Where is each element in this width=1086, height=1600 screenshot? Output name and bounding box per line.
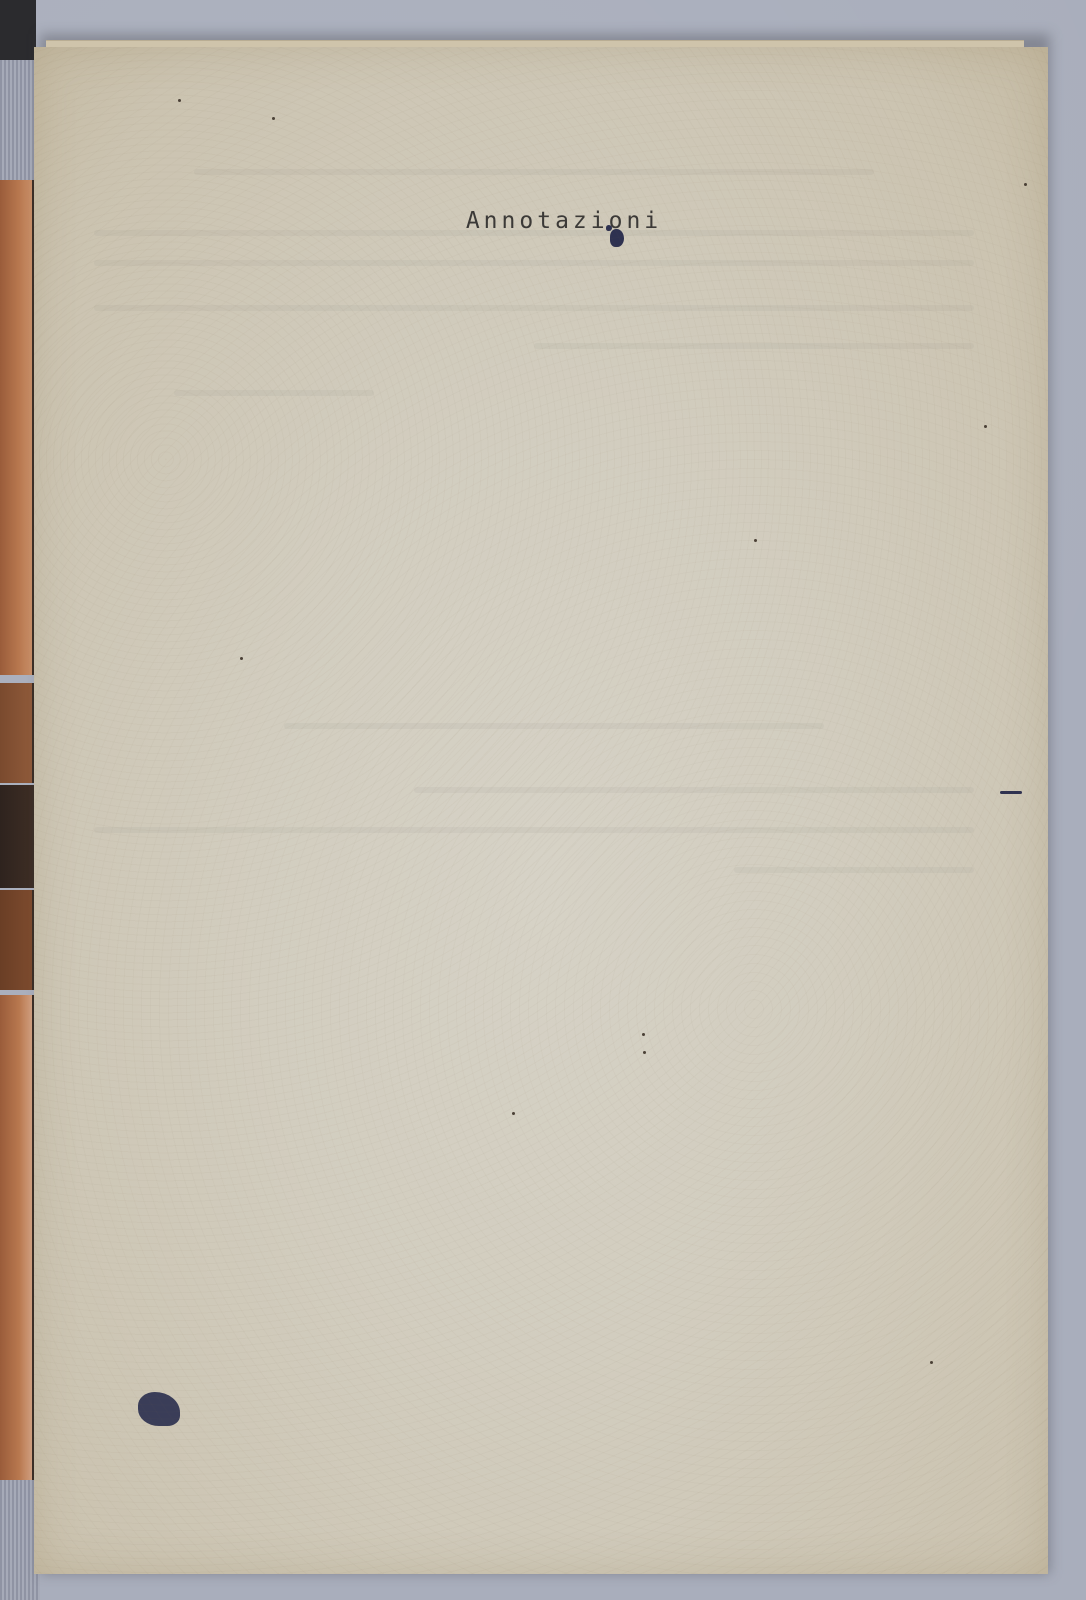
document-page: Annotazioni — [34, 47, 1048, 1574]
paper-speck — [272, 117, 275, 120]
binding-dark-cover — [0, 0, 36, 60]
ink-blot — [606, 225, 612, 231]
ink-blot — [138, 1392, 180, 1426]
binding-strip — [0, 0, 36, 1600]
paper-speck — [642, 1033, 645, 1036]
paper-speck — [930, 1361, 933, 1364]
ink-mark — [1000, 791, 1022, 794]
binding-spine-block — [0, 683, 34, 783]
paper-speck — [1024, 183, 1027, 186]
binding-spine-block — [0, 995, 34, 1480]
binding-spine-block — [0, 180, 34, 675]
bleed-through-text — [414, 787, 974, 793]
binding-spine-block — [0, 785, 34, 888]
paper-speck — [754, 539, 757, 542]
binding-spine-block — [0, 890, 34, 990]
paper-speck — [643, 1051, 646, 1054]
paper-speck — [240, 657, 243, 660]
ink-blot — [610, 229, 624, 247]
bleed-through-text — [534, 343, 974, 349]
bleed-through-text — [174, 390, 374, 396]
bleed-through-text — [94, 305, 974, 311]
bleed-through-text — [734, 867, 974, 873]
bleed-through-text — [94, 230, 974, 236]
binding-fabric — [0, 60, 34, 180]
bleed-through-text — [284, 723, 824, 729]
paper-speck — [178, 99, 181, 102]
bleed-through-text — [194, 169, 874, 175]
paper-speck — [512, 1112, 515, 1115]
bleed-through-text — [94, 260, 974, 266]
bleed-through-text — [94, 827, 974, 833]
paper-speck — [984, 425, 987, 428]
